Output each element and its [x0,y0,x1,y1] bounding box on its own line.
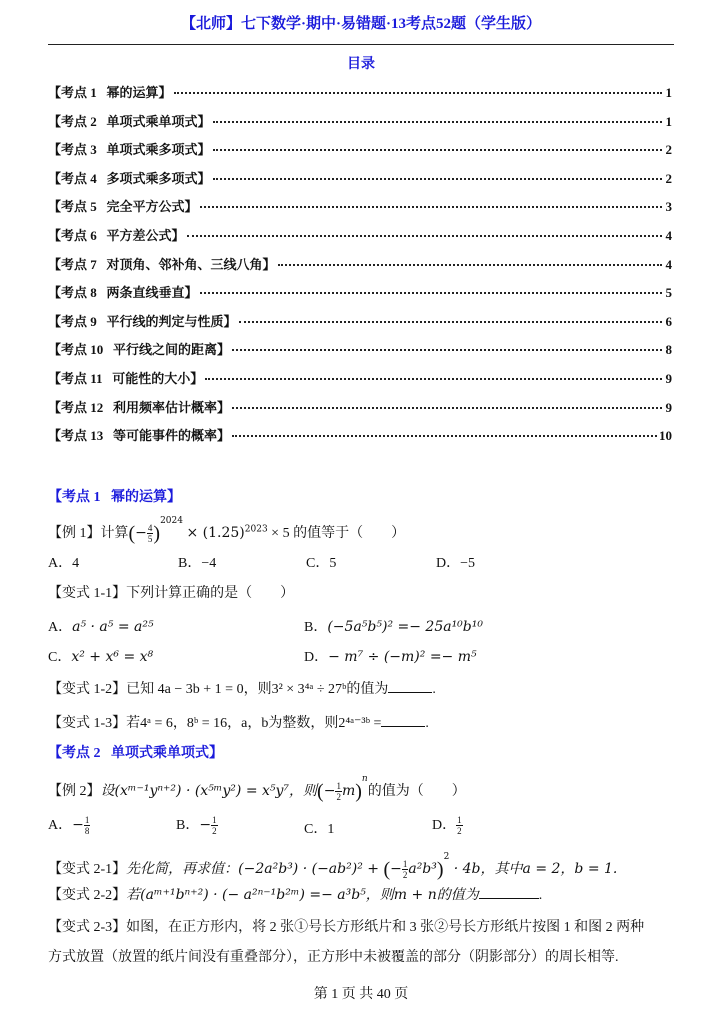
fraction: 18 [84,815,91,836]
option-letter: A． [48,620,72,635]
toc-item[interactable]: 【考点 2 单项式乘单项式】1 [48,111,672,140]
toc-page-number: 10 [659,428,672,444]
toc-page-number: 5 [664,285,672,301]
denominator: 8 [84,826,91,836]
option-c[interactable]: C．5 [306,552,336,572]
expression: a²b³ [408,861,437,877]
toc-leader-dots [278,264,662,266]
answer-blank[interactable] [479,884,539,899]
option-letter: A． [48,818,72,833]
variant-2-3-continued: 方式放置（放置的纸片间没有重叠部分），正方形中未被覆盖的部分（阴影部分）的周长相… [48,946,619,966]
toc-item-label: 【考点 10 平行线之间的距离】 [48,339,230,358]
toc-page-number: 2 [664,142,672,158]
toc-leader-dots [213,149,662,151]
toc-item-label: 【考点 12 利用频率估计概率】 [48,397,230,416]
option-letter: B． [176,818,199,833]
toc-item[interactable]: 【考点 5 完全平方公式】3 [48,196,672,225]
numerator: 1 [211,815,218,826]
option-expression: − m⁷ ÷ (−m)² =− m⁵ [328,649,477,665]
question-tag: 【变式 1-3】 [48,716,126,731]
toc-page-number: 1 [664,114,672,130]
option-d[interactable]: D．12 [432,814,463,836]
answer-blank[interactable] [388,678,432,693]
sign: − [199,817,211,833]
paren: ) [437,858,444,880]
toc-page-number: 3 [664,199,672,215]
option-letter: C． [304,822,327,837]
period: . [432,682,436,697]
question-text: 的值为（ ） [368,784,466,799]
toc-leader-dots [200,206,662,208]
option-b[interactable]: B．−4 [178,552,216,572]
toc-leader-dots [187,235,662,237]
minus-sign: − [324,783,336,799]
fraction: 12 [456,815,463,836]
option-a[interactable]: A．a⁵ · a⁵ = a²⁵ [48,616,154,636]
expression: × (1.25) [186,525,244,541]
variant-1-2: 【变式 1-2】已知 4a − 3b + 1 = 0，则3² × 3⁴ᵃ ÷ 2… [48,678,436,698]
numerator: 1 [84,815,91,826]
question-text: × 5 的值等于（ ） [271,526,405,541]
toc-item-label: 【考点 5 完全平方公式】 [48,196,198,215]
section-heading: 【考点 1 幂的运算】 [48,486,181,506]
toc-page-number: 9 [664,371,672,387]
toc-item-label: 【考点 9 平行线的判定与性质】 [48,311,237,330]
document-title: 【北师】七下数学·期中·易错题·13考点52题（学生版） [0,12,722,33]
question-text: 已知 4a − 3b + 1 = 0，则3² × 3⁴ᵃ ÷ 27ᵇ的值为 [126,682,388,697]
question-tag: 【例 2】 [48,784,101,799]
option-value: 1 [327,822,334,837]
period: . [425,716,429,731]
option-letter: C． [48,650,71,665]
toc-item[interactable]: 【考点 6 平方差公式】4 [48,225,672,254]
answer-blank[interactable] [381,712,425,727]
toc-item[interactable]: 【考点 4 多项式乘多项式】2 [48,168,672,197]
toc-page-number: 2 [664,171,672,187]
question-tag: 【变式 2-3】 [48,920,126,935]
question-text: 如图，在正方形内，将 2 张①号长方形纸片和 3 张②号长方形纸片按图 1 和图… [126,920,644,935]
option-expression: x² + x⁶ = x⁸ [71,649,153,665]
option-d[interactable]: D．−5 [436,552,475,572]
section-heading: 【考点 2 单项式乘单项式】 [48,742,223,762]
toc-leader-dots [232,349,662,351]
variant-1-1: 【变式 1-1】下列计算正确的是（ ） [48,582,294,602]
toc-item[interactable]: 【考点 12 利用频率估计概率】9 [48,397,672,426]
question-tag: 【变式 2-2】 [48,888,126,903]
toc-leader-dots [213,121,662,123]
variant-2-2: 【变式 2-2】若(aᵐ⁺¹bⁿ⁺²) · (− a²ⁿ⁻¹b²ᵐ) =− a³… [48,884,542,904]
toc-item-label: 【考点 1 幂的运算】 [48,82,172,101]
paren: ) [355,780,362,802]
toc-item[interactable]: 【考点 7 对顶角、邻补角、三线八角】4 [48,254,672,283]
minus-sign: − [390,861,402,877]
toc-item-label: 【考点 4 多项式乘多项式】 [48,168,211,187]
option-a[interactable]: A．4 [48,552,79,572]
question-text: 设(xᵐ⁻¹yⁿ⁺²) · (x⁵ᵐy²) = x⁵y⁷，则 [101,783,318,799]
toc-leader-dots [213,178,662,180]
option-letter: D． [432,818,456,833]
page-footer: 第 1 页 共 40 页 [0,983,722,1003]
toc-page-number: 8 [664,342,672,358]
question-text: · 4b，其中a = 2，b = 1. [449,861,617,877]
question-text: 下列计算正确的是（ ） [126,586,294,601]
fraction: 12 [211,815,218,836]
paren: ( [317,780,324,802]
toc-item-label: 【考点 11 可能性的大小】 [48,368,203,387]
option-c[interactable]: C．1 [304,818,334,838]
denominator: 2 [211,826,218,836]
question-text: 计算 [101,526,129,541]
example-2: 【例 2】设(xᵐ⁻¹yⁿ⁺²) · (x⁵ᵐy²) = x⁵y⁷，则(−12m… [48,774,466,803]
toc-item-label: 【考点 2 单项式乘单项式】 [48,111,211,130]
toc-item-label: 【考点 13 等可能事件的概率】 [48,425,230,444]
question-tag: 【例 1】 [48,526,101,541]
toc-item[interactable]: 【考点 3 单项式乘多项式】2 [48,139,672,168]
toc-item-label: 【考点 8 两条直线垂直】 [48,282,198,301]
toc-page-number: 1 [664,85,672,101]
option-expression: (−5a⁵b⁵)² =− 25a¹⁰b¹⁰ [327,619,483,635]
question-tag: 【变式 1-1】 [48,586,126,601]
question-tag: 【变式 2-1】 [48,862,126,877]
toc-title: 目录 [0,53,722,73]
toc-item[interactable]: 【考点 13 等可能事件的概率】10 [48,425,672,454]
option-letter: B． [304,620,327,635]
toc-leader-dots [174,92,662,94]
question-text: 若(aᵐ⁺¹bⁿ⁺²) · (− a²ⁿ⁻¹b²ᵐ) =− a³b⁵，则m + … [126,887,479,903]
option-a[interactable]: A．−18 [48,814,90,836]
toc-leader-dots [232,407,662,409]
toc-item-label: 【考点 6 平方差公式】 [48,225,185,244]
table-of-contents: 【考点 1 幂的运算】1 【考点 2 单项式乘单项式】1 【考点 3 单项式乘多… [48,82,672,454]
period: . [539,888,543,903]
toc-leader-dots [205,378,662,380]
option-d[interactable]: D．− m⁷ ÷ (−m)² =− m⁵ [304,646,477,666]
exponent: 2024 [160,516,183,526]
toc-leader-dots [232,435,657,437]
option-letter: D． [304,650,328,665]
exponent: 2023 [245,524,268,534]
minus-sign: − [135,525,147,541]
toc-item[interactable]: 【考点 10 平行线之间的距离】8 [48,339,672,368]
example-1: 【例 1】计算(−45)2024 × (1.25)2023 × 5 的值等于（ … [48,516,405,545]
toc-page-number: 6 [664,314,672,330]
toc-leader-dots [200,292,662,294]
toc-item-label: 【考点 3 单项式乘多项式】 [48,139,211,158]
toc-item[interactable]: 【考点 9 平行线的判定与性质】6 [48,311,672,340]
question-tag: 【变式 1-2】 [48,682,126,697]
toc-item[interactable]: 【考点 11 可能性的大小】9 [48,368,672,397]
variant-1-3: 【变式 1-3】若4ᵃ = 6，8ᵇ = 16，a，b为整数，则2⁴ᵃ⁻³ᵇ =… [48,712,429,732]
variant-2-1: 【变式 2-1】先化简，再求值：(−2a²b³) · (−ab²)² + (−1… [48,852,617,881]
question-text: 先化简，再求值：(−2a²b³) · (−ab²)² + [126,861,383,877]
toc-item[interactable]: 【考点 8 两条直线垂直】5 [48,282,672,311]
option-b[interactable]: B．(−5a⁵b⁵)² =− 25a¹⁰b¹⁰ [304,616,483,636]
toc-item-label: 【考点 7 对顶角、邻补角、三线八角】 [48,254,276,273]
option-c[interactable]: C．x² + x⁶ = x⁸ [48,646,153,666]
toc-page-number: 4 [664,228,672,244]
exponent: n [362,774,368,784]
variable: m [342,783,355,799]
denominator: 2 [456,826,463,836]
toc-leader-dots [239,321,662,323]
option-expression: a⁵ · a⁵ = a²⁵ [72,619,153,635]
toc-page-number: 9 [664,400,672,416]
question-text: 若4ᵃ = 6，8ᵇ = 16，a，b为整数，则2⁴ᵃ⁻³ᵇ = [126,716,381,731]
toc-page-number: 4 [664,257,672,273]
numerator: 1 [456,815,463,826]
header-divider [48,44,674,45]
option-b[interactable]: B．−12 [176,814,218,836]
variant-2-3: 【变式 2-3】如图，在正方形内，将 2 张①号长方形纸片和 3 张②号长方形纸… [48,916,644,936]
sign: − [72,817,84,833]
toc-item[interactable]: 【考点 1 幂的运算】1 [48,82,672,111]
